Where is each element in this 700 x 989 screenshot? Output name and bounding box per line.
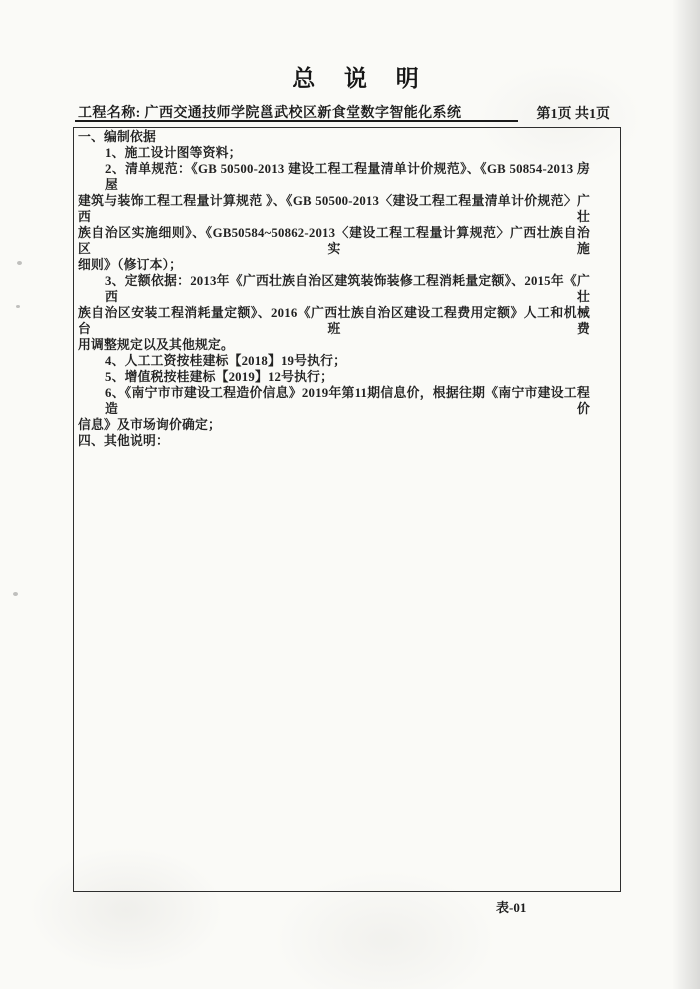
notes-body: 一、编制依据 1、施工设计图等资料； 2、清单规范：《GB 50500-2013… — [78, 129, 590, 449]
scan-speck — [13, 592, 18, 596]
notes-line: 2、清单规范：《GB 50500-2013 建设工程工程量清单计价规范》、《GB… — [78, 161, 590, 193]
notes-line: 族自治区实施细则》、《GB50584~50862-2013〈建设工程工程量计算规… — [78, 225, 590, 257]
project-name-label: 工程名称: 广西交通技师学院邕武校区新食堂数字智能化系统 — [78, 102, 461, 122]
notes-line: 族自治区安装工程消耗量定额》、2016《广西壮族自治区建设工程费用定额》人工和机… — [78, 305, 590, 337]
notes-line: 用调整规定以及其他规定。 — [78, 337, 590, 353]
notes-line: 3、定额依据：2013年《广西壮族自治区建筑装饰装修工程消耗量定额》、2015年… — [78, 273, 590, 305]
scan-speck — [16, 305, 20, 308]
page-title: 总 说 明 — [0, 60, 700, 93]
notes-line: 信息》及市场询价确定； — [78, 417, 590, 433]
scan-speck — [17, 261, 22, 265]
notes-line: 6、《南宁市市建设工程造价信息》2019年第11期信息价，根据往期《南宁市建设工… — [78, 385, 590, 417]
notes-line: 建筑与装饰工程工程量计算规范 》、《GB 50500-2013〈建设工程工程量清… — [78, 193, 590, 225]
notes-line: 细则》（修订本）； — [78, 257, 590, 273]
notes-line: 4、人工工资按桂建标【2018】19号执行； — [78, 353, 590, 369]
header-underline — [75, 120, 518, 122]
notes-line: 一、编制依据 — [78, 129, 590, 145]
document-page: { "doc": { "title": "总 说 明", "header": {… — [0, 0, 700, 989]
notes-line: 1、施工设计图等资料； — [78, 145, 590, 161]
page-number-indicator: 第1页 共1页 — [537, 103, 611, 123]
table-number-label: 表-01 — [496, 897, 526, 916]
notes-line: 四、其他说明： — [78, 433, 590, 449]
notes-line: 5、增值税按桂建标【2019】12号执行； — [78, 369, 590, 385]
